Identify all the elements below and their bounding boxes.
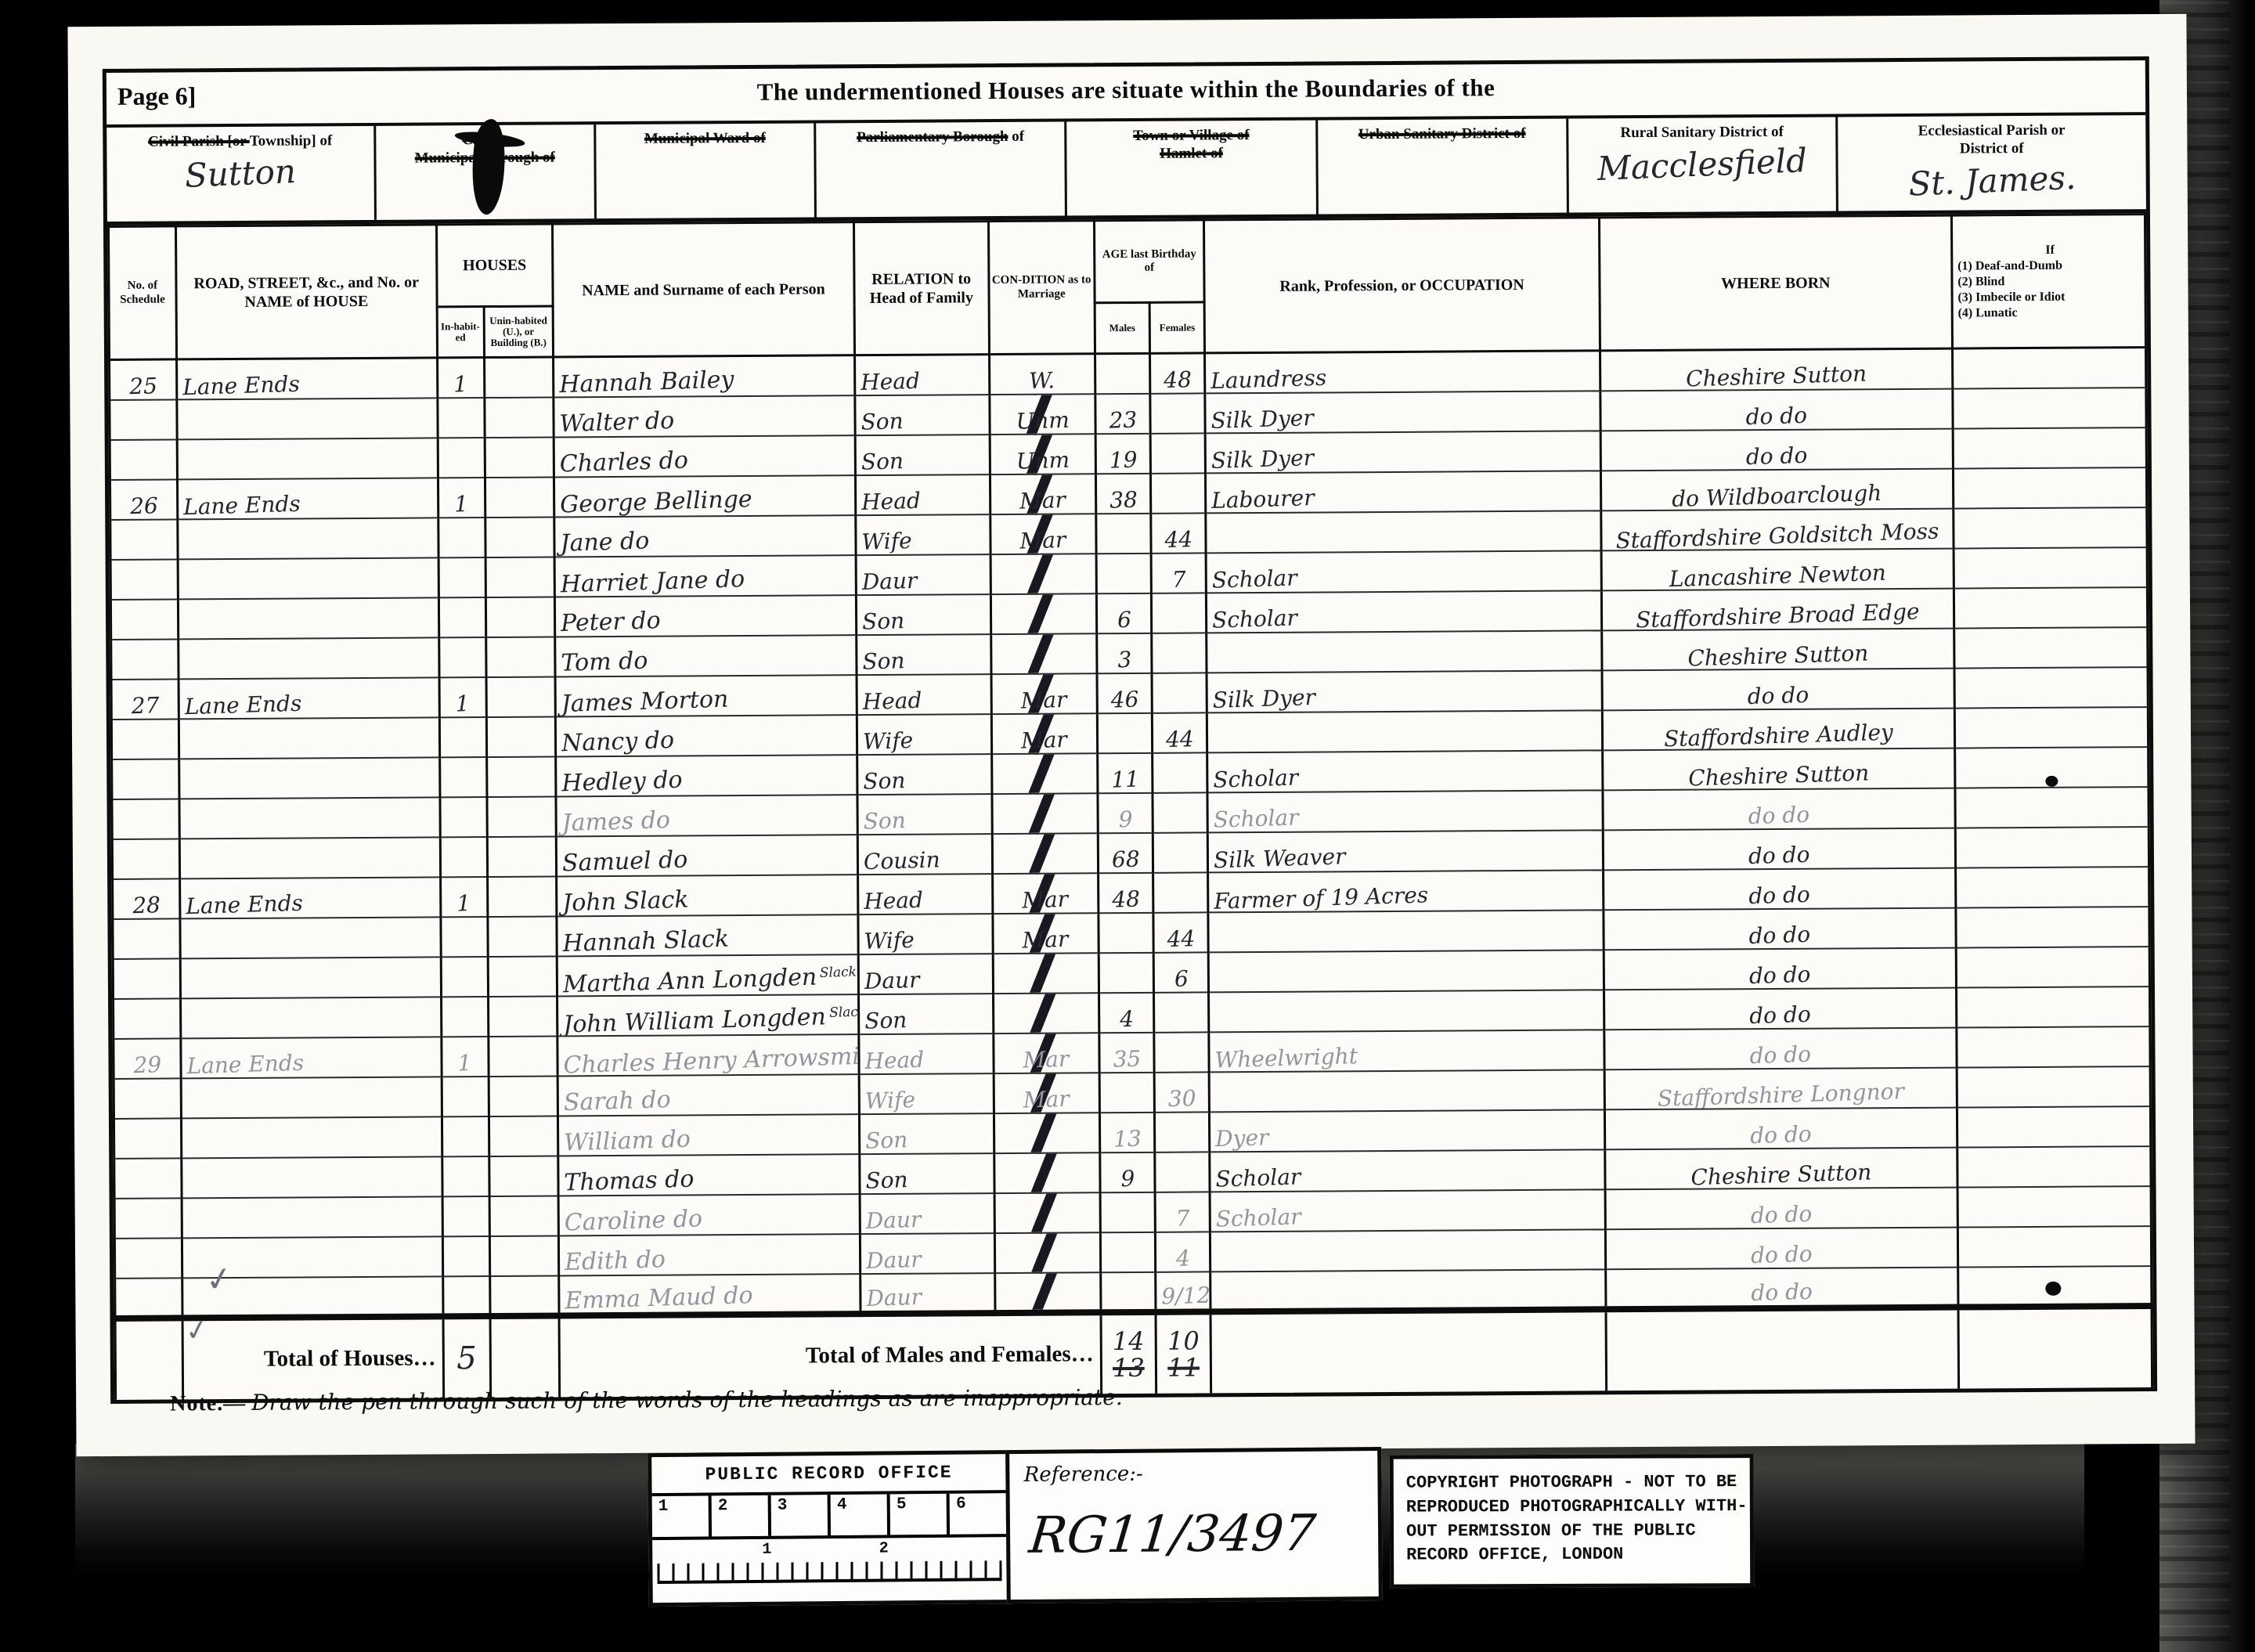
cell-uninh [489, 1235, 559, 1276]
cell-cond: Mar [990, 514, 1096, 554]
cell-relation: Son [856, 594, 990, 635]
col-header-age: AGE last Birthday of [1094, 220, 1204, 303]
infirmity-header-line: If [1957, 242, 2142, 258]
cell-age_m [1099, 912, 1154, 952]
cell-uninh [485, 437, 554, 478]
cell-occ: Wheelwright [1209, 1030, 1604, 1072]
location-label: Parliamentary Borough of [816, 128, 1064, 148]
cell-born: do do [1603, 867, 1955, 910]
cell-sched: 25 [110, 359, 177, 400]
cell-age_f [1154, 992, 1210, 1032]
cell-inh [438, 597, 485, 637]
cell-age_f: 6 [1153, 952, 1209, 992]
cell-infirm [1957, 1066, 2150, 1108]
cell-name: Hannah Slack [557, 914, 858, 956]
cell-age_f [1150, 433, 1206, 473]
total-males: 14 13 [1101, 1311, 1156, 1393]
cell-cond: Unm [990, 434, 1096, 474]
cell-road: Lane Ends [176, 358, 437, 399]
cell-infirm [1954, 587, 2147, 629]
cell-relation: Son [858, 994, 993, 1034]
col-header-inhabited: In-habit-ed [437, 307, 484, 358]
cell-cond: Mar [992, 873, 1099, 914]
cell-born: Staffordshire Goldsitch Moss [1601, 508, 1954, 550]
cell-road [177, 398, 438, 439]
cell-occ: Scholar [1207, 590, 1602, 633]
cell-relation: Head [859, 1033, 994, 1074]
cell-sched [114, 1118, 181, 1159]
table-body: 25Lane Ends1Hannah BaileyHeadW.48Laundre… [110, 348, 2152, 1318]
cell-road: Lane Ends [177, 478, 438, 519]
name-correction-above: Slack [828, 1004, 858, 1020]
cell-age_f [1150, 393, 1206, 433]
cell-cond [994, 1192, 1101, 1233]
cell-age_f [1151, 473, 1207, 513]
location-cell: City orMunicipal Borough of [376, 124, 597, 220]
cell-sched [113, 918, 180, 959]
ruler-cm-number: 2 [712, 1495, 772, 1537]
ruler-inch-number: 1 [762, 1541, 771, 1559]
cell-born: Staffordshire Broad Edge [1601, 588, 1954, 630]
cell-occ [1206, 510, 1601, 553]
cell-age_m: 23 [1095, 393, 1151, 433]
cell-age_f: 44 [1151, 513, 1207, 553]
cell-uninh [486, 676, 556, 717]
cell-infirm [1953, 467, 2146, 509]
cell-born: do Wildboarclough [1600, 468, 1953, 510]
col-header-schedule: No. of Schedule [109, 226, 177, 360]
cell-born: do do [1605, 1187, 1957, 1229]
cell-relation: Daur [856, 554, 990, 595]
cell-road [180, 997, 441, 1038]
form-note: Note.— Draw the pen through such of the … [170, 1384, 1123, 1416]
cell-inh [442, 1077, 489, 1116]
cell-age_f [1152, 633, 1207, 673]
cell-occ [1208, 910, 1604, 952]
cell-inh [442, 1196, 489, 1236]
cell-road: Lane Ends [181, 1037, 442, 1078]
label-text: Ecclesiastical Parish or [1918, 122, 2066, 139]
cell-age_m [1097, 712, 1153, 752]
cell-infirm [1952, 348, 2145, 389]
copyright-line: RECORD OFFICE, LONDON [1407, 1542, 1751, 1567]
cell-inh [441, 997, 488, 1037]
cell-cond [990, 554, 1097, 594]
cell-age_f: 44 [1153, 912, 1209, 952]
struck-label-text: Civil Parish [or [148, 133, 250, 150]
cell-relation: Head [854, 355, 989, 395]
cell-cond [994, 1113, 1100, 1153]
cell-relation: Head [857, 674, 991, 715]
struck-label-text: Urban Sanitary District of [1358, 125, 1526, 142]
cell-age_f: 30 [1154, 1072, 1210, 1112]
cell-name: William do [557, 1114, 859, 1156]
cell-born: do do [1604, 947, 1956, 990]
total-females-struck: 11 [1164, 1354, 1203, 1380]
cell-age_f [1153, 872, 1209, 912]
person-table: No. of Schedule ROAD, STREET, &c., and N… [107, 213, 2153, 1399]
cell-age_f: 9/12 [1156, 1271, 1211, 1311]
cell-name: James do [556, 795, 857, 836]
cell-relation: Daur [860, 1193, 994, 1234]
cell-uninh [489, 1275, 559, 1316]
cell-relation: Head [858, 874, 993, 914]
cell-name: Emma Maud do [559, 1274, 861, 1315]
cell-infirm [1954, 667, 2148, 709]
location-cell: Urban Sanitary District of [1318, 119, 1569, 215]
cell-road [179, 717, 439, 759]
cell-inh: 1 [440, 877, 487, 917]
cell-uninh [484, 397, 554, 438]
cell-occ [1209, 990, 1604, 1032]
label-text: Rural Sanitary District of [1620, 124, 1784, 141]
totals-spacer [490, 1315, 560, 1398]
totals-spacer [1606, 1307, 1959, 1390]
cell-cond: Mar [993, 1033, 1099, 1073]
cell-age_m: 6 [1096, 593, 1152, 633]
cell-age_f [1153, 792, 1208, 832]
cell-uninh [485, 477, 554, 518]
cell-infirm [1954, 707, 2148, 748]
cell-born: do do [1605, 1227, 1957, 1269]
cell-age_m [1096, 513, 1152, 553]
cell-road: Lane Ends [179, 677, 439, 719]
cell-name: Jane do [554, 515, 856, 557]
location-cell: Ecclesiastical Parish orDistrict ofSt. J… [1838, 115, 2146, 211]
cell-age_f [1154, 1112, 1210, 1152]
cell-uninh [485, 597, 555, 637]
cell-relation: Son [857, 794, 992, 835]
cell-born: do do [1603, 788, 1955, 830]
cell-sched [112, 799, 179, 839]
cell-road [179, 757, 439, 799]
reference-value: RG11/3497 [1006, 1484, 1382, 1565]
cell-infirm [1954, 547, 2147, 589]
cell-age_f: 44 [1152, 712, 1207, 752]
cell-sched [114, 1158, 182, 1199]
col-header-name: NAME and Surname of each Person [552, 222, 854, 357]
cell-age_m: 9 [1100, 1152, 1156, 1192]
cell-name: Sarah do [557, 1074, 859, 1116]
cell-cond: Mar [990, 474, 1096, 514]
cell-inh [440, 837, 487, 877]
location-handwritten-value: Macclesfield [1568, 139, 1836, 189]
cell-born: Cheshire Sutton [1600, 348, 1952, 391]
cell-sched [111, 719, 179, 759]
location-header-row: Civil Parish [or Township] ofSuttonCity … [106, 115, 2146, 225]
col-header-road: ROAD, STREET, &c., and No. or NAME of HO… [175, 225, 437, 359]
cell-born: Cheshire Sutton [1605, 1147, 1957, 1189]
cell-road [178, 597, 438, 639]
cell-sched [112, 839, 179, 879]
cell-occ: Scholar [1207, 790, 1603, 832]
cell-age_f: 48 [1150, 353, 1206, 393]
cell-age_m [1100, 1232, 1156, 1271]
cell-infirm [1954, 507, 2147, 549]
location-label: Town or Village ofHamlet of [1067, 127, 1316, 164]
cell-age_f [1153, 832, 1208, 872]
cell-cond [992, 793, 1099, 834]
totals-spacer [1210, 1309, 1606, 1393]
cell-relation: Wife [856, 514, 990, 555]
cell-sched [113, 958, 180, 999]
cell-born: Staffordshire Longnor [1604, 1067, 1957, 1109]
cell-uninh [486, 756, 556, 797]
cell-cond [994, 1232, 1101, 1273]
cell-born: do do [1604, 1107, 1957, 1149]
cell-age_m [1099, 1072, 1155, 1112]
cell-relation: Daur [860, 1233, 994, 1274]
cell-infirm [1954, 627, 2148, 669]
cell-age_f [1153, 752, 1208, 792]
struck-label-text: Parliamentary Borough [857, 128, 1008, 146]
cell-sched [114, 1238, 182, 1279]
cell-road: Lane Ends [179, 877, 440, 918]
cell-relation: Son [859, 1113, 994, 1154]
cell-occ: Farmer of 19 Acres [1208, 870, 1604, 912]
infirmity-header-line: (3) Imbecile or Idiot [1957, 289, 2142, 305]
cell-relation: Son [857, 754, 992, 795]
cell-uninh [484, 357, 554, 398]
cell-uninh [488, 956, 557, 997]
cell-inh: 1 [439, 677, 486, 717]
cell-occ [1208, 950, 1604, 992]
ink-dot [2045, 776, 2058, 787]
col-header-relation: RELATION to Head of Family [853, 222, 989, 355]
cell-cond: Mar [992, 913, 1099, 954]
cell-uninh [487, 796, 557, 837]
census-page: Page 6] The undermentioned Houses are si… [67, 14, 2195, 1456]
cell-inh [438, 557, 485, 597]
cell-sched [110, 599, 178, 640]
copyright-box: COPYRIGHT PHOTOGRAPH - NOT TO BEREPRODUC… [1390, 1454, 1754, 1589]
census-form: Page 6] The undermentioned Houses are si… [103, 56, 2157, 1403]
cell-inh [441, 957, 488, 997]
ruler-cm-number: 3 [771, 1495, 832, 1536]
cell-uninh [488, 1036, 557, 1077]
cell-road [180, 957, 441, 998]
cell-sched [110, 439, 177, 480]
cell-uninh [489, 1116, 558, 1156]
struck-label-text: Municipal Ward of [644, 130, 766, 147]
total-males-current: 14 [1113, 1326, 1145, 1355]
cell-born: Cheshire Sutton [1602, 628, 1954, 670]
cell-name: Charles Henry Arrowsmith [557, 1034, 859, 1076]
cell-sched: 26 [110, 479, 177, 520]
totals-spacer [115, 1318, 182, 1400]
cell-occ [1209, 1069, 1604, 1112]
infirmity-header-line: (1) Deaf-and-Dumb [1957, 258, 2142, 274]
cell-born: Staffordshire Audley [1602, 708, 1954, 750]
cell-infirm [1957, 1146, 2151, 1188]
location-handwritten-value: Sutton [106, 149, 374, 198]
cell-age_m [1095, 353, 1150, 393]
cell-inh [440, 797, 487, 837]
cell-road [179, 797, 440, 839]
cell-cond: Mar [991, 713, 1098, 754]
cell-inh [442, 1156, 489, 1196]
cell-uninh [486, 716, 556, 757]
location-label: Ecclesiastical Parish orDistrict of [1838, 121, 2145, 159]
cell-occ: Scholar [1210, 1189, 1605, 1232]
cell-road [177, 438, 438, 479]
cell-name: John Slack [557, 875, 858, 916]
cell-age_m [1100, 1192, 1156, 1232]
cell-occ: Dyer [1210, 1109, 1605, 1152]
col-header-born: WHERE BORN [1599, 215, 1952, 351]
cell-infirm [1957, 1026, 2150, 1068]
cell-inh [442, 1116, 489, 1156]
cell-born: do do [1606, 1267, 1958, 1309]
cell-age_m: 46 [1097, 673, 1153, 712]
cell-age_m: 48 [1098, 872, 1153, 912]
cell-road [181, 1077, 442, 1118]
cell-born: Cheshire Sutton [1602, 748, 1954, 790]
cell-occ: Silk Dyer [1205, 391, 1600, 433]
reference-label: Reference:- [1010, 1451, 1378, 1487]
reference-box: Reference:- RG11/3497 [1005, 1447, 1383, 1603]
cell-cond [990, 593, 1097, 634]
total-females-current: 10 [1167, 1326, 1200, 1355]
cell-sched [110, 559, 178, 600]
ruler-cm-number: 4 [831, 1494, 891, 1535]
location-label: Rural Sanitary District of [1568, 123, 1835, 142]
cell-occ [1210, 1269, 1606, 1311]
cell-age_f: 4 [1155, 1232, 1210, 1271]
cell-cond [994, 1152, 1100, 1193]
cell-born: do do [1602, 668, 1954, 710]
cell-age_f: 7 [1155, 1192, 1210, 1232]
cell-born: do do [1600, 388, 1953, 431]
cell-infirm [1956, 907, 2149, 948]
cell-cond [992, 833, 1099, 874]
cell-relation: Son [855, 435, 990, 475]
cell-name: George Bellinge [554, 475, 855, 517]
location-cell: Municipal Ward of [596, 123, 817, 218]
cell-infirm [1957, 1106, 2150, 1148]
cell-cond [993, 953, 1099, 994]
cell-road [178, 557, 438, 599]
copyright-line: REPRODUCED PHOTOGRAPHICALLY WITH- [1406, 1495, 1750, 1520]
ink-dot [2045, 1282, 2061, 1296]
cell-infirm [1956, 947, 2149, 988]
copyright-line: COPYRIGHT PHOTOGRAPH - NOT TO BE [1406, 1470, 1750, 1495]
cell-age_m [1099, 952, 1154, 992]
cell-relation: Wife [858, 914, 993, 954]
col-header-infirmity: If(1) Deaf-and-Dumb(2) Blind(3) Imbecile… [1951, 215, 2145, 349]
name-correction-above: Slack [820, 964, 857, 980]
cell-inh: 1 [438, 478, 485, 518]
cell-name: John William LongdenSlack [557, 994, 859, 1036]
location-cell: Rural Sanitary District ofMacclesfield [1568, 117, 1838, 212]
cell-road [179, 837, 440, 878]
note-label: Note.— [170, 1391, 246, 1416]
pro-stamp: PUBLIC RECORD OFFICE 123456 12 Reference… [648, 1444, 1755, 1613]
cell-sched [112, 759, 179, 799]
cell-inh [442, 1236, 489, 1276]
cell-inh [442, 1276, 489, 1316]
total-females: 10 11 [1156, 1311, 1211, 1393]
cell-age_f [1151, 593, 1207, 633]
infirmity-header-line: (4) Lunatic [1957, 305, 2142, 321]
cell-cond [994, 1272, 1101, 1313]
cell-occ: Labourer [1206, 471, 1601, 513]
cell-relation: Wife [859, 1073, 994, 1114]
label-text: Township] of [250, 132, 333, 150]
cell-occ: Silk Weaver [1208, 830, 1604, 872]
cell-name: Caroline do [558, 1194, 860, 1235]
note-text: Draw the pen through such of the words o… [251, 1384, 1123, 1416]
cell-cond [990, 633, 1097, 674]
col-header-males: Males [1095, 302, 1150, 353]
cell-relation: Son [860, 1153, 994, 1194]
cell-age_m: 68 [1098, 832, 1153, 872]
label-text: of [1008, 128, 1024, 145]
cell-cond: Mar [991, 673, 1098, 714]
cell-inh [441, 917, 488, 957]
cell-uninh [489, 1156, 558, 1196]
cell-infirm [1956, 987, 2149, 1028]
col-header-condition: CON-DITION as to Marriage [988, 221, 1095, 355]
cell-age_f [1152, 673, 1207, 712]
cell-age_m [1096, 553, 1152, 593]
struck-label-text: Town or Village of [1133, 127, 1249, 144]
cell-inh [438, 398, 485, 438]
cell-relation: Head [855, 474, 990, 515]
cell-sched: 27 [111, 679, 179, 720]
cell-occ: Silk Dyer [1205, 431, 1600, 473]
cell-relation: Son [855, 395, 990, 435]
col-header-females: Females [1149, 302, 1205, 353]
cell-infirm [1955, 787, 2149, 828]
copyright-line: OUT PERMISSION OF THE PUBLIC [1406, 1519, 1750, 1544]
cell-road [181, 1116, 442, 1158]
cell-born: do do [1604, 1027, 1957, 1069]
location-cell: Town or Village ofHamlet of [1067, 121, 1319, 216]
cell-occ [1207, 710, 1603, 752]
ruler-cm-number: 1 [652, 1495, 713, 1537]
cell-infirm [1957, 1186, 2151, 1228]
cell-cond [993, 993, 1099, 1033]
cell-sched [115, 1278, 182, 1318]
cell-cond [991, 753, 1098, 794]
cell-name: Peter do [554, 595, 856, 637]
cell-name: Nancy do [555, 715, 857, 756]
cell-age_m: 19 [1095, 433, 1151, 473]
cell-road [179, 637, 439, 679]
cell-occ: Scholar [1207, 750, 1603, 792]
cell-name: Hedley do [556, 755, 857, 796]
total-mf-label: Total of Males and Females… [559, 1312, 1101, 1397]
cell-infirm [1955, 867, 2149, 908]
cell-age_m: 4 [1099, 992, 1154, 1032]
cell-infirm [1953, 388, 2146, 429]
cell-relation: Daur [858, 954, 993, 994]
total-males-struck: 13 [1109, 1354, 1149, 1380]
cell-uninh [485, 637, 555, 677]
census-scan: { "page": { "page_label": "Page 6]", "ti… [0, 0, 2255, 1652]
cell-infirm [1955, 827, 2149, 868]
cell-occ: Silk Dyer [1207, 670, 1602, 712]
cell-uninh [489, 1076, 558, 1116]
cell-inh [439, 757, 486, 797]
cell-cond: Unm [989, 394, 1095, 435]
cell-sched [110, 519, 178, 560]
cell-uninh [488, 996, 557, 1037]
cell-road [178, 518, 438, 559]
col-header-uninhabited: Unin-habited (U.), or Building (B.) [484, 306, 554, 358]
cell-name: James Morton [555, 675, 857, 716]
